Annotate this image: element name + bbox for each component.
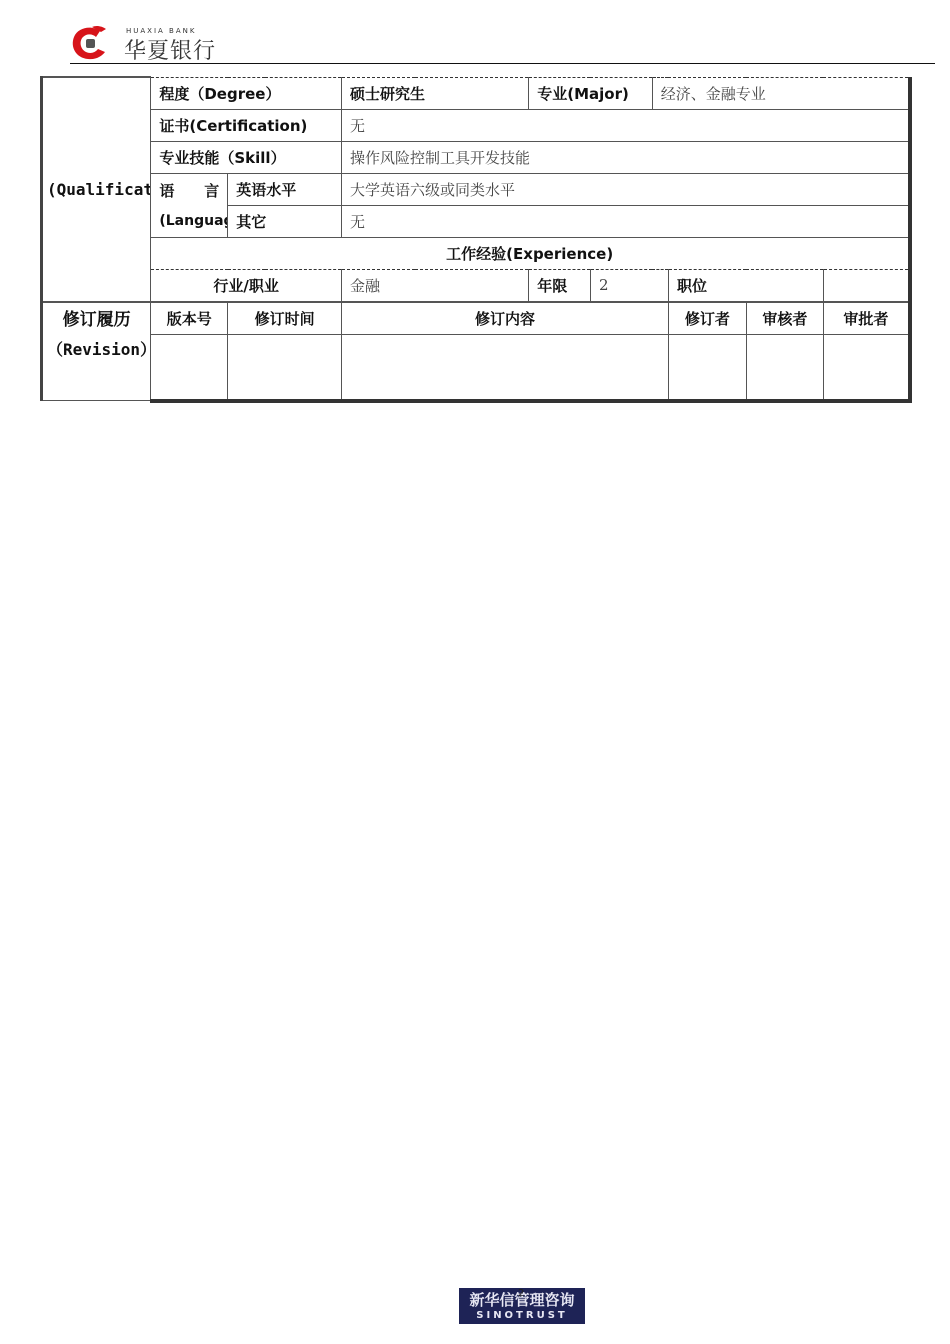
position-value [823, 269, 910, 302]
industry-label: 行业/职业 [151, 269, 342, 302]
other-language-value: 无 [341, 205, 910, 237]
skill-row: 专业技能（Skill） 操作风险控制工具开发技能 [42, 141, 911, 173]
revision-col-date: 修订时间 [228, 302, 342, 335]
revision-header-row: 修订履历 （Revision） 版本号 修订时间 修订内容 修订者 审核者 审批… [42, 302, 911, 335]
language-label-en: (Language) [159, 206, 219, 236]
job-description-table: (Qualification) 程度（Degree） 硕士研究生 专业(Majo… [40, 76, 912, 403]
revision-col-reviewer: 审核者 [746, 302, 823, 335]
header-divider [70, 63, 935, 64]
revision-label-cn: 修订履历 [47, 305, 146, 335]
certification-row: 证书(Certification) 无 [42, 109, 911, 141]
revision-cell-version [151, 334, 228, 401]
revision-row [42, 334, 911, 401]
footer-logo-en: SINOTRUST [459, 1310, 585, 1322]
language-label: 语 言 (Language) [151, 173, 228, 237]
years-label: 年限 [529, 269, 591, 302]
revision-cell-reviser [668, 334, 746, 401]
language-english-row: 语 言 (Language) 英语水平 大学英语六级或同类水平 [42, 173, 911, 205]
revision-cell-content [341, 334, 668, 401]
degree-value: 硕士研究生 [341, 77, 528, 109]
certification-label: 证书(Certification) [151, 109, 342, 141]
page-header: HUAXIA BANK 华夏银行 [70, 22, 935, 66]
experience-title-row: 工作经验(Experience) [42, 237, 911, 269]
revision-cell-date [228, 334, 342, 401]
huaxia-bank-logo-icon [70, 25, 110, 61]
english-level-label: 英语水平 [228, 173, 342, 205]
revision-label-en: （Revision） [47, 335, 146, 365]
position-label: 职位 [668, 269, 823, 302]
language-label-char-2: 言 [204, 176, 219, 206]
experience-title: 工作经验(Experience) [151, 237, 910, 269]
page-number: 2 [518, 1288, 524, 1299]
degree-row: (Qualification) 程度（Degree） 硕士研究生 专业(Majo… [42, 77, 911, 109]
revision-col-reviser: 修订者 [668, 302, 746, 335]
degree-label: 程度（Degree） [151, 77, 342, 109]
major-label: 专业(Major) [529, 77, 652, 109]
qualification-section-label: (Qualification) [42, 77, 151, 302]
experience-detail-row: 行业/职业 金融 年限 2 职位 [42, 269, 911, 302]
skill-label: 专业技能（Skill） [151, 141, 342, 173]
skill-value: 操作风险控制工具开发技能 [341, 141, 910, 173]
years-value: 2 [590, 269, 668, 302]
revision-section-label: 修订履历 （Revision） [42, 302, 151, 401]
revision-col-content: 修订内容 [341, 302, 668, 335]
brand-name-cn: 华夏银行 [124, 34, 216, 65]
other-language-label: 其它 [228, 205, 342, 237]
revision-col-approver: 审批者 [823, 302, 910, 335]
language-label-char-1: 语 [159, 176, 174, 206]
revision-cell-reviewer [746, 334, 823, 401]
revision-cell-approver [823, 334, 910, 401]
industry-value: 金融 [341, 269, 528, 302]
english-level-value: 大学英语六级或同类水平 [341, 173, 910, 205]
revision-col-version: 版本号 [151, 302, 228, 335]
major-value: 经济、金融专业 [652, 77, 910, 109]
certification-value: 无 [341, 109, 910, 141]
